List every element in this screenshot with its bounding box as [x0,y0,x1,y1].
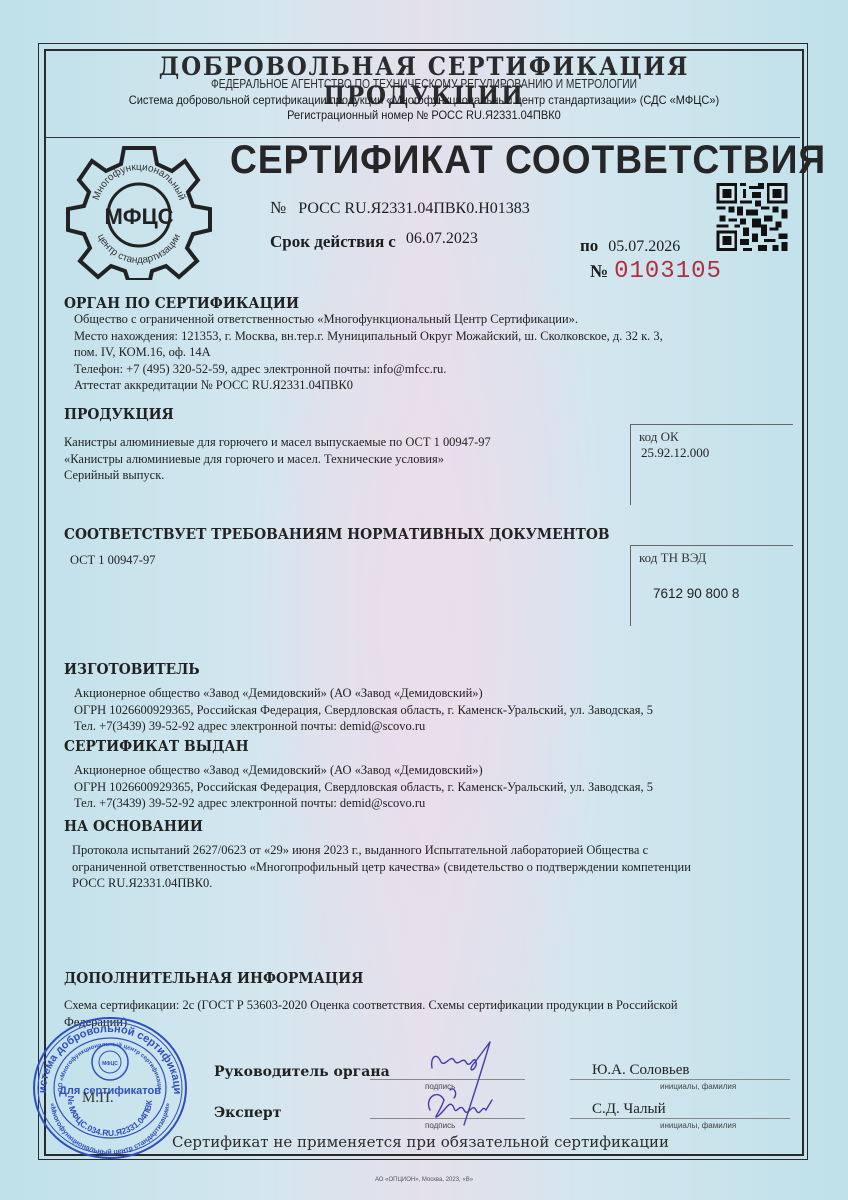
from-date: 06.07.2023 [406,230,478,247]
product-line: Канистры алюминиевые для горючего и масе… [64,434,491,451]
certification-body-line: Место нахождения: 121353, г. Москва, вн.… [74,328,663,345]
expert-role: Эксперт [214,1105,281,1121]
basis-line: ограниченной ответственностью «Многопроф… [72,859,691,876]
product-line: Серийный выпуск. [64,467,491,484]
certification-body-heading: ОРГАН ПО СЕРТИФИКАЦИИ [64,295,299,312]
to-date: 05.07.2026 [608,238,680,255]
validity-line: Срок действия с06.07.2023 [270,232,488,252]
head-name-caption: инициалы, фамилия [660,1082,736,1091]
additional-heading: ДОПОЛНИТЕЛЬНАЯ ИНФОРМАЦИЯ [64,970,363,987]
expert-name-line [570,1118,790,1119]
handwritten-signatures [420,1040,530,1135]
head-name: Ю.А. Соловьев [592,1062,689,1079]
footer-note: Сертификат не применяется при обязательн… [172,1133,669,1151]
tnved-code-value: 7612 90 800 8 [653,586,793,601]
stamp-seal-icon: Система добровольной сертификации ООО «М… [30,1012,190,1162]
certification-body-line: Общество с ограниченной ответственностью… [74,311,663,328]
issued-to-line: Тел. +7(3439) 39-52-92 адрес электронной… [74,795,653,812]
head-name-line [570,1079,790,1080]
svg-text:центр стандартизации: центр стандартизации [95,232,183,266]
manufacturer-text: Акционерное общество «Завод «Демидовский… [74,685,677,735]
ok-code-label: код ОК [639,429,793,445]
manufacturer-line: ОГРН 1026600929365, Российская Федерация… [74,702,653,719]
issued-to-text: Акционерное общество «Завод «Демидовский… [74,762,677,812]
certification-body-line: пом. IV, КОМ.16, оф. 14А [74,344,663,361]
product-text: Канистры алюминиевые для горючего и масе… [64,434,509,484]
ok-code-box: код ОК 25.92.12.000 [630,424,793,505]
tnved-code-box: код ТН ВЭД 7612 90 800 8 [630,545,793,626]
mfcs-logo: МФЦС Многофункциональный центр стандарти… [64,140,214,280]
validity-label: Срок действия [270,232,384,251]
gear-logo-icon: МФЦС Многофункциональный центр стандарти… [64,140,214,280]
expert-name: С.Д. Чалый [592,1101,666,1118]
manufacturer-line: Акционерное общество «Завод «Демидовский… [74,685,653,702]
official-stamp: Система добровольной сертификации ООО «М… [30,1012,190,1162]
head-role: Руководитель органа [214,1064,390,1080]
svg-text:МФЦС: МФЦС [102,1061,118,1067]
manufacturer-heading: ИЗГОТОВИТЕЛЬ [64,661,200,678]
issued-to-line: Акционерное общество «Завод «Демидовский… [74,762,653,779]
basis-heading: НА ОСНОВАНИИ [64,818,203,835]
certification-body-line: Телефон: +7 (495) 320-52-59, адрес элект… [74,361,663,378]
product-heading: ПРОДУКЦИЯ [64,406,174,423]
certificate-number: РОСС RU.Я2331.04ПВК0.Н01383 [298,200,530,217]
basis-line: РОСС RU.Я2331.04ПВК0. [72,875,691,892]
issued-to-line: ОГРН 1026600929365, Российская Федерация… [74,779,653,796]
certification-body-line: Аттестат аккредитации № РОСС RU.Я2331.04… [74,377,663,394]
serial-number: №0103105 [590,258,722,285]
mp-label: М.П. [82,1090,114,1107]
header-agency: ФЕДЕРАЛЬНОЕ АГЕНТСТВО ПО ТЕХНИЧЕСКОМУ РЕ… [112,77,735,91]
qr-code-icon [716,183,788,251]
validity-till: по05.07.2026 [580,236,680,256]
basis-text: Протокола испытаний 2627/0623 от «29» ию… [72,842,717,892]
expert-name-caption: инициалы, фамилия [660,1121,736,1130]
certification-body-text: Общество с ограниченной ответственностью… [74,311,687,394]
certificate-title: СЕРТИФИКАТ СООТВЕТСТВИЯ [230,138,826,183]
compliance-heading: СООТВЕТСТВУЕТ ТРЕБОВАНИЯМ НОРМАТИВНЫХ ДО… [64,526,610,543]
basis-line: Протокола испытаний 2627/0623 от «29» ию… [72,842,691,859]
number-label: № [270,198,286,217]
compliance-document: ОСТ 1 00947-97 [70,552,155,569]
manufacturer-line: Тел. +7(3439) 39-52-92 адрес электронной… [74,718,653,735]
certificate-number-line: №РОСС RU.Я2331.04ПВК0.Н01383 [270,198,530,218]
svg-text:МФЦС: МФЦС [104,204,173,229]
printer-imprint: АО «ОПЦИОН», Москва, 2023, «В» [0,1177,848,1183]
issued-to-heading: СЕРТИФИКАТ ВЫДАН [64,738,249,755]
tnved-code-label: код ТН ВЭД [639,550,793,566]
header-registration: Регистрационный номер № РОСС RU.Я2331.04… [74,108,773,122]
to-label: по [580,236,598,255]
signature-icon [420,1040,530,1135]
serial-value: 0103105 [614,258,722,285]
product-line: «Канистры алюминиевые для горючего и мас… [64,451,491,468]
from-label: с [388,232,396,251]
ok-code-value: 25.92.12.000 [641,445,793,461]
header-system: Система добровольной сертификации продук… [74,93,773,107]
svg-text:Многофункциональный: Многофункциональный [91,162,187,202]
serial-label: № [590,261,608,281]
